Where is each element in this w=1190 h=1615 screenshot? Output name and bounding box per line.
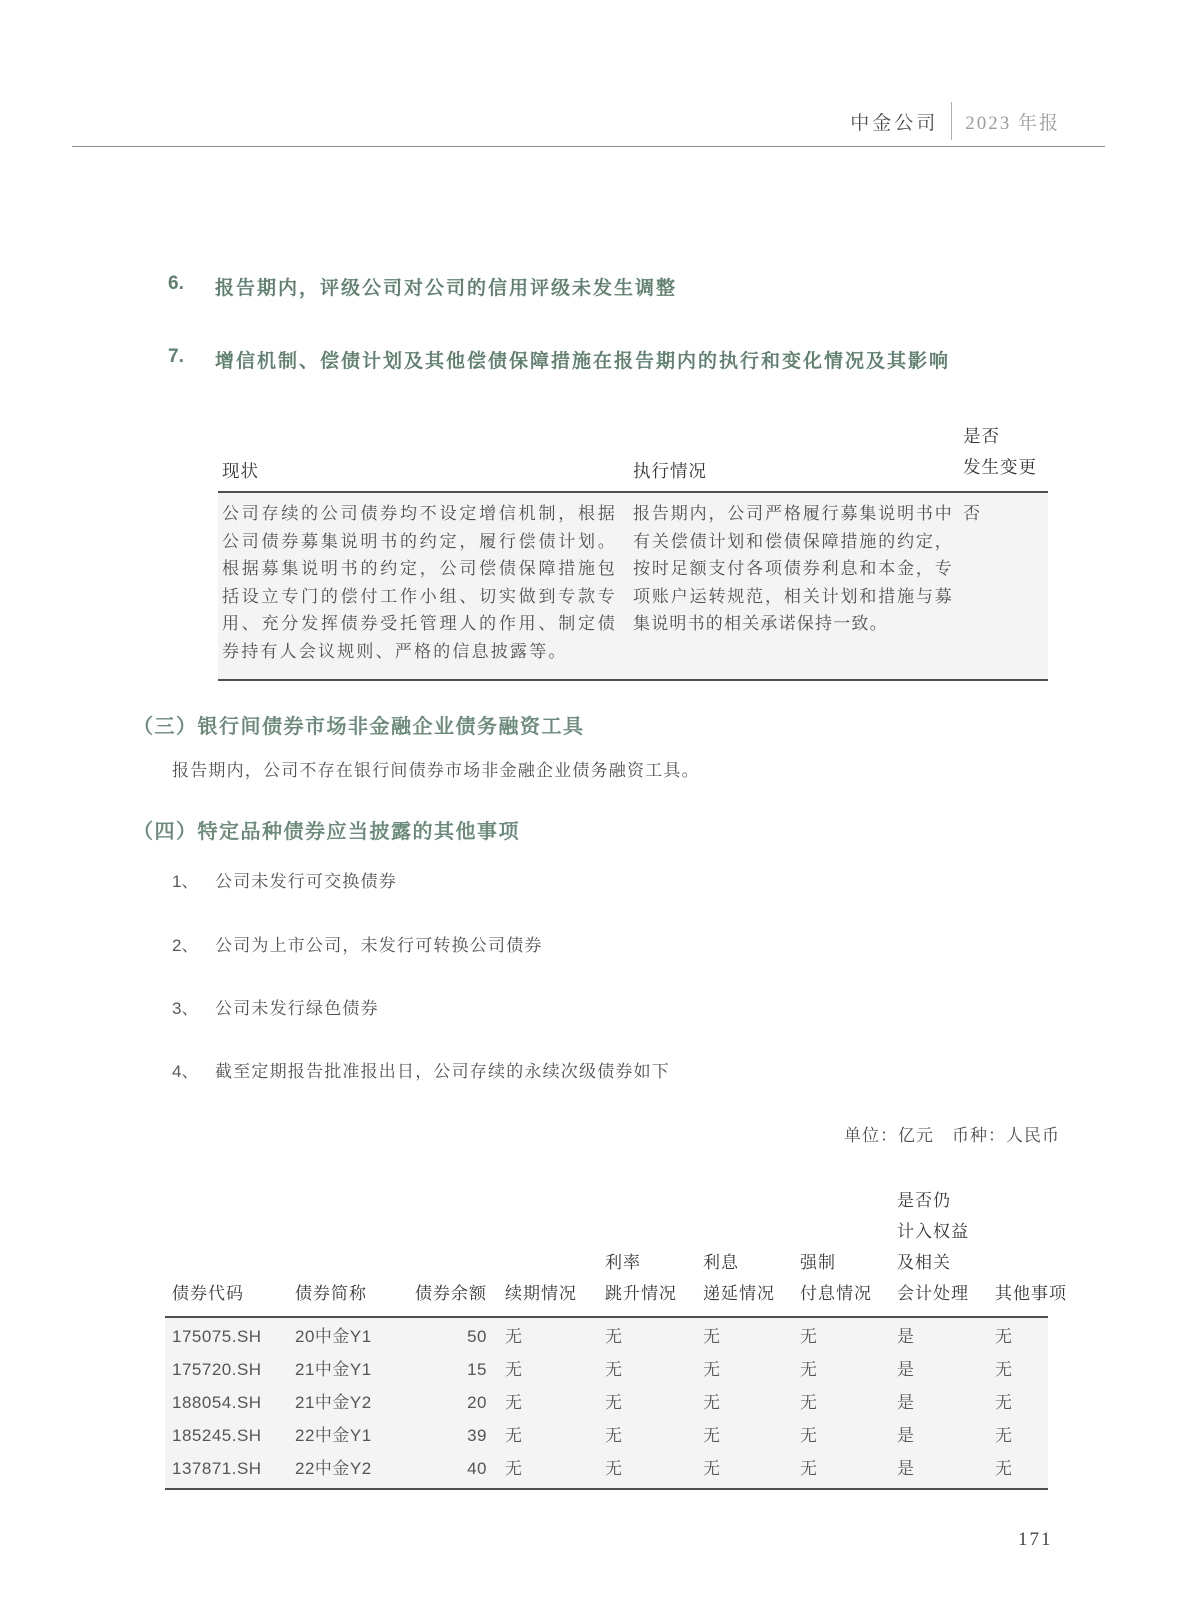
bond-header-name: 债券简称 <box>287 1278 402 1309</box>
bond-rate-jump: 无 <box>605 1320 703 1353</box>
bond-interest-defer: 无 <box>703 1386 800 1419</box>
bond-header-equity-acct: 是否仍 计入权益 及相关 会计处理 <box>897 1185 995 1309</box>
bond-balance: 40 <box>402 1452 487 1485</box>
report-edition: 2023 年报 <box>952 108 1060 135</box>
status-table-header-changed-line2: 发生变更 <box>963 452 1037 483</box>
bond-interest-defer: 无 <box>703 1353 800 1386</box>
bond-header-interest-defer-line1: 利息 <box>703 1247 800 1278</box>
bond-header-forced-pay-line1: 强制 <box>800 1247 897 1278</box>
status-table-row: 公司存续的公司债券均不设定增信机制，根据公司债券募集说明书的约定，履行偿债计划。… <box>218 493 1048 681</box>
table-row: 185245.SH 22中金Y1 39 无 无 无 无 是 无 <box>165 1419 1048 1452</box>
list-item: 3、 公司未发行绿色债券 <box>172 994 379 1019</box>
section3-paragraph: 报告期内，公司不存在银行间债券市场非金融企业债务融资工具。 <box>172 756 700 781</box>
bond-name: 21中金Y2 <box>287 1386 402 1419</box>
bond-other: 无 <box>995 1452 1048 1485</box>
bond-header-other: 其他事项 <box>995 1278 1048 1309</box>
bond-code: 175720.SH <box>165 1353 287 1386</box>
bond-code: 188054.SH <box>165 1386 287 1419</box>
bond-header-equity-acct-line3: 及相关 <box>897 1247 995 1278</box>
bond-equity-acct: 是 <box>897 1452 995 1485</box>
list-item-text: 公司未发行可交换债券 <box>215 867 397 892</box>
bond-header-forced-pay: 强制 付息情况 <box>800 1247 897 1309</box>
bond-renewal: 无 <box>487 1353 605 1386</box>
bond-balance: 20 <box>402 1386 487 1419</box>
bond-equity-acct: 是 <box>897 1320 995 1353</box>
bond-table-body: 175075.SH 20中金Y1 50 无 无 无 无 是 无 175720.S… <box>165 1318 1048 1490</box>
heading-section3: （三）银行间债券市场非金融企业债务融资工具 <box>133 710 585 739</box>
masthead: 中金公司 2023 年报 <box>850 102 1060 140</box>
status-table-header-status: 现状 <box>222 458 259 483</box>
bond-header-forced-pay-line2: 付息情况 <box>800 1278 897 1309</box>
status-table-header-execution: 执行情况 <box>633 458 707 483</box>
bond-table-header: 债券代码 债券简称 债券余额 续期情况 利率 跳升情况 利息 递延情况 强制 付… <box>165 1185 1048 1318</box>
status-table: 现状 执行情况 是否 发生变更 公司存续的公司债券均不设定增信机制，根据公司债券… <box>218 413 1048 681</box>
bond-balance: 15 <box>402 1353 487 1386</box>
bond-code: 185245.SH <box>165 1419 287 1452</box>
heading-section4: （四）特定品种债券应当披露的其他事项 <box>133 815 520 844</box>
bond-renewal: 无 <box>487 1452 605 1485</box>
bond-header-interest-defer-line2: 递延情况 <box>703 1278 800 1309</box>
page-number: 171 <box>1018 1529 1053 1551</box>
bond-header-renewal: 续期情况 <box>487 1278 605 1309</box>
status-cell-current: 公司存续的公司债券均不设定增信机制，根据公司债券募集说明书的约定，履行偿债计划。… <box>222 500 617 665</box>
bond-other: 无 <box>995 1386 1048 1419</box>
bond-forced-pay: 无 <box>800 1353 897 1386</box>
list-item-text: 公司未发行绿色债券 <box>215 994 379 1019</box>
report-page: 中金公司 2023 年报 6. 报告期内，评级公司对公司的信用评级未发生调整 7… <box>0 0 1190 1615</box>
bond-name: 22中金Y1 <box>287 1419 402 1452</box>
bond-interest-defer: 无 <box>703 1419 800 1452</box>
bond-header-equity-acct-line4: 会计处理 <box>897 1278 995 1309</box>
bond-rate-jump: 无 <box>605 1386 703 1419</box>
bond-equity-acct: 是 <box>897 1353 995 1386</box>
bond-renewal: 无 <box>487 1419 605 1452</box>
bond-rate-jump: 无 <box>605 1452 703 1485</box>
list-item-text: 公司为上市公司，未发行可转换公司债券 <box>215 931 543 956</box>
table-row: 137871.SH 22中金Y2 40 无 无 无 无 是 无 <box>165 1452 1048 1485</box>
bond-interest-defer: 无 <box>703 1320 800 1353</box>
bond-header-rate-jump-line2: 跳升情况 <box>605 1278 703 1309</box>
bond-balance: 39 <box>402 1419 487 1452</box>
unit-currency-note: 单位：亿元 币种：人民币 <box>844 1121 1060 1146</box>
company-name: 中金公司 <box>850 108 951 135</box>
bond-code: 175075.SH <box>165 1320 287 1353</box>
bond-renewal: 无 <box>487 1386 605 1419</box>
list-item-number: 3、 <box>172 994 215 1019</box>
status-table-header: 现状 执行情况 是否 发生变更 <box>218 413 1048 493</box>
bond-forced-pay: 无 <box>800 1452 897 1485</box>
heading-item6-number: 6. <box>168 273 215 300</box>
bond-rate-jump: 无 <box>605 1353 703 1386</box>
bond-name: 22中金Y2 <box>287 1452 402 1485</box>
status-cell-changed: 否 <box>963 500 1033 665</box>
heading-item6: 6. 报告期内，评级公司对公司的信用评级未发生调整 <box>168 273 677 300</box>
heading-item7-title: 增信机制、偿债计划及其他偿债保障措施在报告期内的执行和变化情况及其影响 <box>215 346 950 373</box>
bond-equity-acct: 是 <box>897 1419 995 1452</box>
bond-name: 20中金Y1 <box>287 1320 402 1353</box>
list-item: 1、 公司未发行可交换债券 <box>172 867 397 892</box>
bond-other: 无 <box>995 1320 1048 1353</box>
bond-forced-pay: 无 <box>800 1320 897 1353</box>
list-item: 4、 截至定期报告批准报出日，公司存续的永续次级债券如下 <box>172 1057 670 1082</box>
bond-forced-pay: 无 <box>800 1386 897 1419</box>
heading-item7-number: 7. <box>168 346 215 373</box>
bond-header-rate-jump: 利率 跳升情况 <box>605 1247 703 1309</box>
bond-header-balance: 债券余额 <box>402 1278 487 1309</box>
bond-name: 21中金Y1 <box>287 1353 402 1386</box>
bond-other: 无 <box>995 1353 1048 1386</box>
bond-interest-defer: 无 <box>703 1452 800 1485</box>
bond-forced-pay: 无 <box>800 1419 897 1452</box>
bond-equity-acct: 是 <box>897 1386 995 1419</box>
bond-table: 债券代码 债券简称 债券余额 续期情况 利率 跳升情况 利息 递延情况 强制 付… <box>165 1185 1048 1490</box>
table-row: 175075.SH 20中金Y1 50 无 无 无 无 是 无 <box>165 1320 1048 1353</box>
bond-other: 无 <box>995 1419 1048 1452</box>
bond-header-equity-acct-line1: 是否仍 <box>897 1185 995 1216</box>
status-table-header-changed: 是否 发生变更 <box>963 421 1037 483</box>
bond-renewal: 无 <box>487 1320 605 1353</box>
list-item: 2、 公司为上市公司，未发行可转换公司债券 <box>172 931 543 956</box>
list-item-number: 4、 <box>172 1057 215 1082</box>
list-item-number: 1、 <box>172 867 215 892</box>
masthead-rule <box>72 146 1105 147</box>
table-row: 175720.SH 21中金Y1 15 无 无 无 无 是 无 <box>165 1353 1048 1386</box>
heading-item7: 7. 增信机制、偿债计划及其他偿债保障措施在报告期内的执行和变化情况及其影响 <box>168 346 950 373</box>
table-row: 188054.SH 21中金Y2 20 无 无 无 无 是 无 <box>165 1386 1048 1419</box>
list-item-text: 截至定期报告批准报出日，公司存续的永续次级债券如下 <box>215 1057 670 1082</box>
bond-balance: 50 <box>402 1320 487 1353</box>
bond-header-equity-acct-line2: 计入权益 <box>897 1216 995 1247</box>
heading-item6-title: 报告期内，评级公司对公司的信用评级未发生调整 <box>215 273 677 300</box>
status-table-header-changed-line1: 是否 <box>963 421 1037 452</box>
list-item-number: 2、 <box>172 931 215 956</box>
bond-header-rate-jump-line1: 利率 <box>605 1247 703 1278</box>
bond-header-code: 债券代码 <box>165 1278 287 1309</box>
bond-header-interest-defer: 利息 递延情况 <box>703 1247 800 1309</box>
bond-code: 137871.SH <box>165 1452 287 1485</box>
bond-rate-jump: 无 <box>605 1419 703 1452</box>
status-cell-execution: 报告期内，公司严格履行募集说明书中有关偿债计划和偿债保障措施的约定，按时足额支付… <box>633 500 953 665</box>
